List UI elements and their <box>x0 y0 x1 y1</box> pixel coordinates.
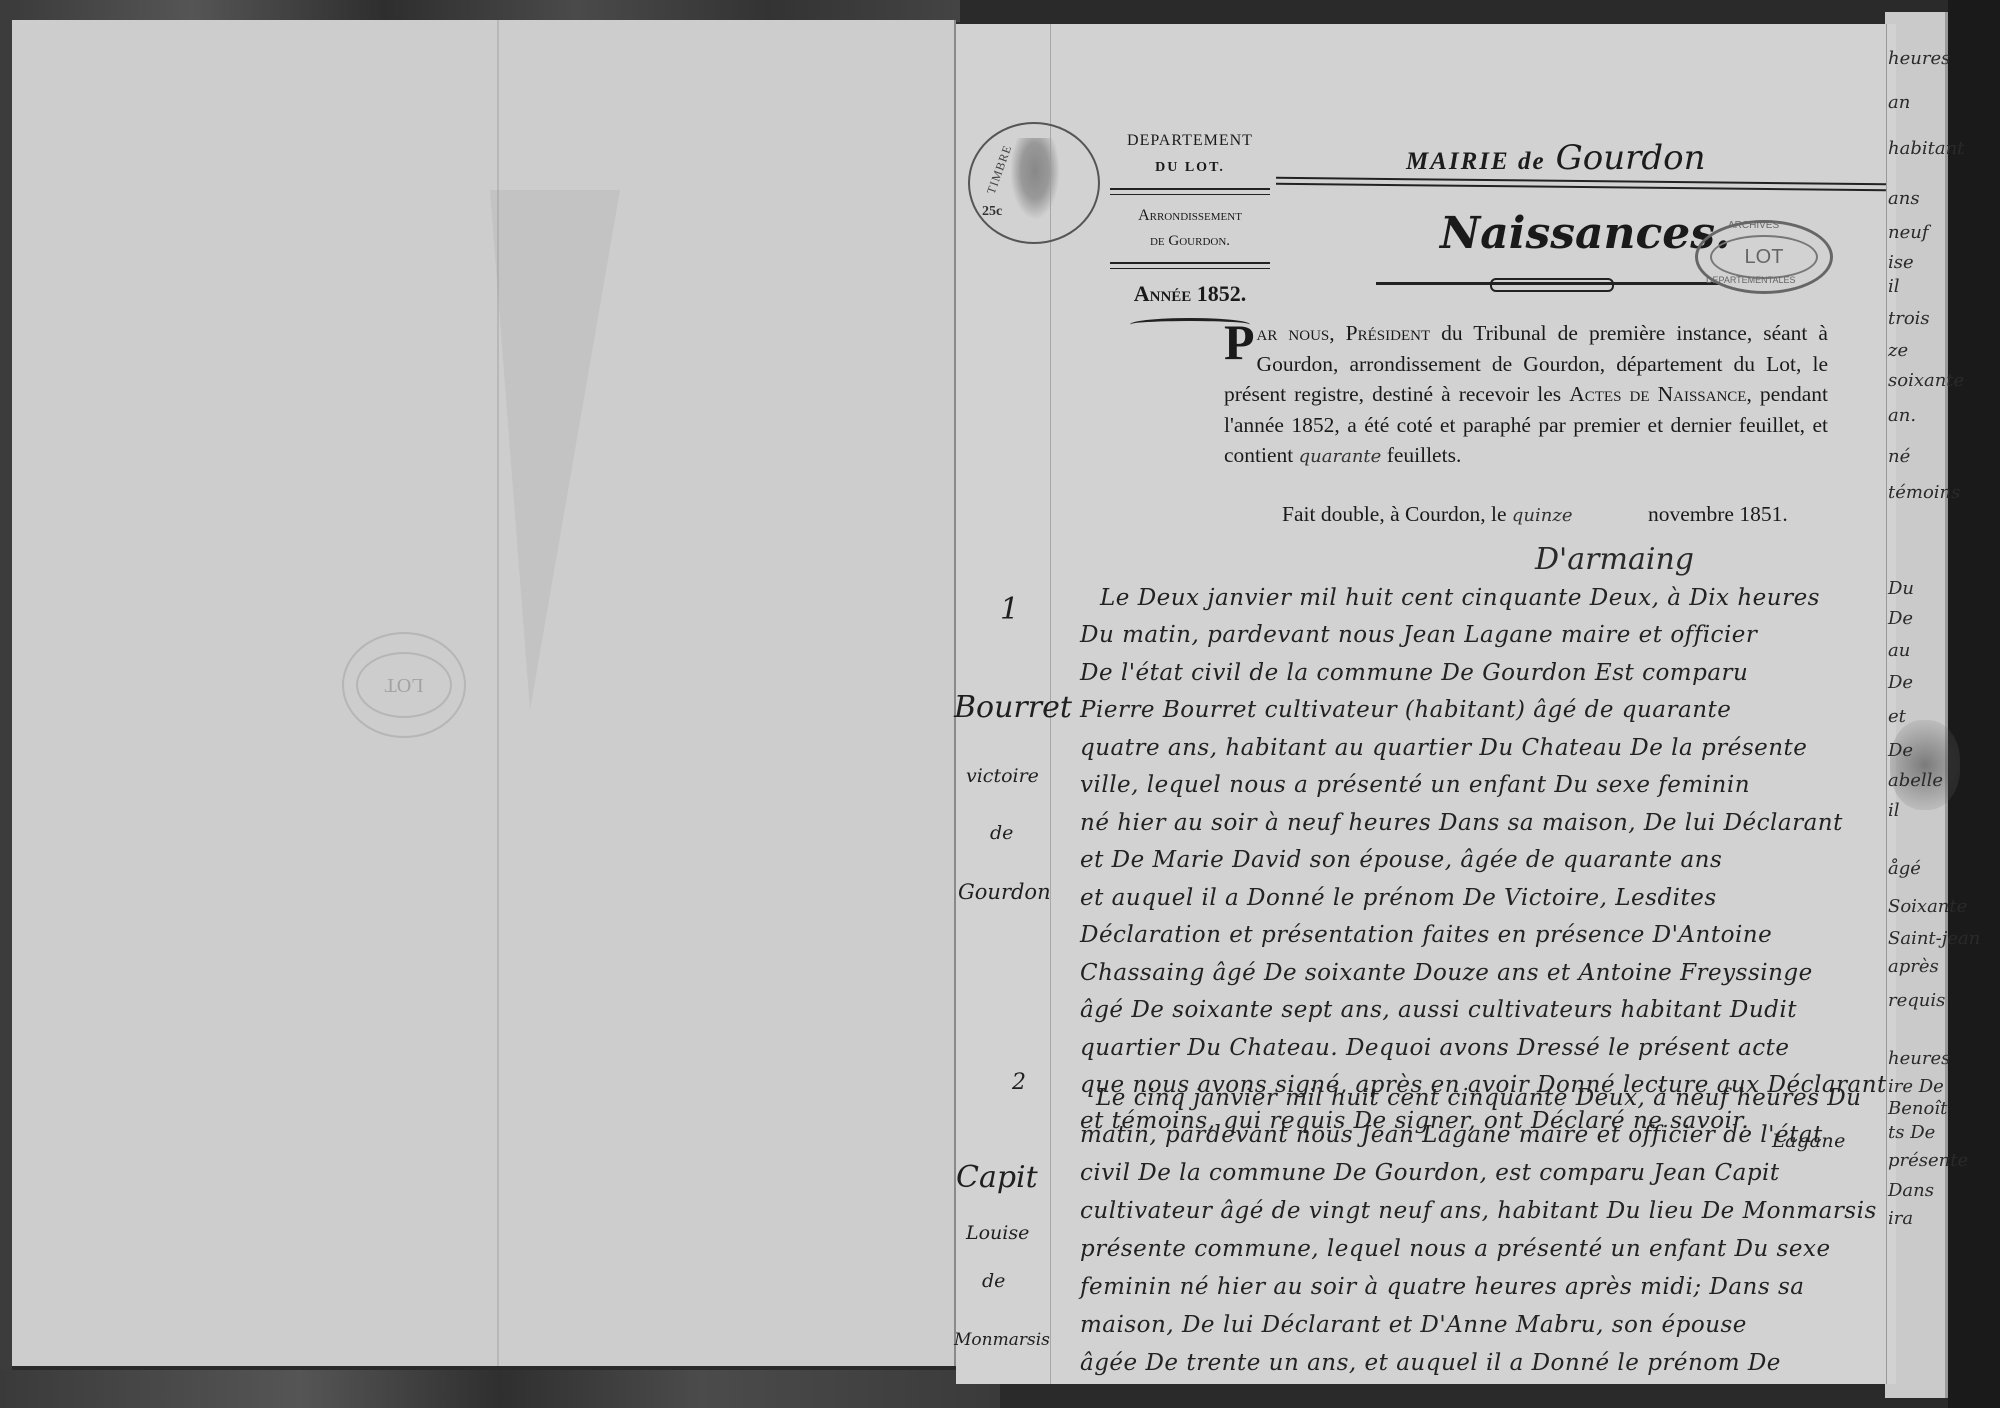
mairie-label: MAIRIE de <box>1406 148 1546 175</box>
entry-line: De l'état civil de la commune De Gourdon… <box>1080 660 1748 686</box>
underlying-page-fragment: De <box>1888 740 1913 761</box>
left-blank-page: LOT <box>12 20 956 1366</box>
entry-line: ville, lequel nous a présenté un enfant … <box>1080 772 1750 798</box>
entry-line: et De Marie David son épouse, âgée de qu… <box>1080 847 1722 873</box>
margin-surname: Capit <box>956 1160 1038 1195</box>
underlying-page-fragment: requis <box>1888 990 1945 1011</box>
entry-line: civil De la commune De Gourdon, est comp… <box>1080 1160 1780 1186</box>
register-title: Naissances. <box>1440 208 1730 259</box>
underlying-page-fragment: ågé <box>1888 858 1921 879</box>
faint-stamp-text: LOT <box>356 652 452 718</box>
underlying-page-fragment: De <box>1888 608 1913 629</box>
underlying-page-fragment: et <box>1888 706 1906 727</box>
underlying-page-fragment: Dans <box>1888 1180 1934 1201</box>
underlying-page-fragment: De <box>1888 672 1913 693</box>
underlying-page-fragment: ans <box>1888 188 1920 209</box>
underlying-page-fragment: abelle <box>1888 770 1943 791</box>
entry-line: matin, pardevant nous Jean Lagane maire … <box>1080 1122 1823 1148</box>
entry-number: 2 <box>1012 1070 1026 1095</box>
underlying-page-fragment: au <box>1888 640 1910 661</box>
entry-line: Du matin, pardevant nous Jean Lagane mai… <box>1080 622 1757 648</box>
entry-line: présente commune, lequel nous a présenté… <box>1080 1236 1831 1262</box>
underlying-page-fragment: témoins <box>1888 482 1960 503</box>
stamp-top-text: ARCHIVES <box>1728 220 1779 231</box>
underlying-page-fragment: ise <box>1888 252 1914 273</box>
faint-archive-stamp-icon: LOT <box>342 632 466 738</box>
margin-de: de <box>990 822 1013 844</box>
underlying-page-fragment: habitant <box>1888 138 1964 159</box>
president-label: Président <box>1346 321 1430 345</box>
entry-line: Le cinq janvier mil huit cent cinquante … <box>1096 1085 1861 1111</box>
entry-line: Chassaing âgé De soixante Douze ans et A… <box>1080 960 1813 986</box>
underlying-page-fragment: Du <box>1888 578 1914 599</box>
arrondissement-name: de Gourdon. <box>1106 233 1274 250</box>
underlying-page-fragment: soixante <box>1888 370 1964 391</box>
department-label: DEPARTEMENT <box>1106 132 1274 150</box>
margin-place: Gourdon <box>958 880 1051 904</box>
entry-line: quatre ans, habitant au quartier Du Chat… <box>1080 735 1807 761</box>
margin-surname: Bourret <box>954 690 1072 725</box>
underlying-page-fragment: trois <box>1888 308 1930 329</box>
underlying-page-fragment: an. <box>1888 405 1916 426</box>
preamble-text: feuillets. <box>1381 443 1461 467</box>
underlying-page-fragment: après <box>1888 956 1939 977</box>
archives-departementales-stamp-icon: ARCHIVES LOT DEPARTEMENTALES <box>1695 220 1833 294</box>
header-divider <box>1110 262 1270 269</box>
entry-line: âgé De soixante sept ans, aussi cultivat… <box>1080 997 1797 1023</box>
underlying-page-fragment: heures <box>1888 48 1950 69</box>
margin-place: Monmarsis <box>954 1330 1050 1350</box>
entry-line: quartier Du Chateau. Dequoi avons Dressé… <box>1080 1035 1789 1061</box>
underlying-page-fragment: ts De <box>1888 1122 1935 1143</box>
timbre-price: 25c <box>982 204 1002 220</box>
margin-given-name: victoire <box>966 765 1039 787</box>
entry-line: feminin né hier au soir à quatre heures … <box>1080 1274 1805 1300</box>
entry-line: maison, De lui Déclarant et D'Anne Mabru… <box>1080 1312 1747 1338</box>
underlying-page-fragment: présente <box>1888 1150 1968 1171</box>
stamp-bottom-text: DEPARTEMENTALES <box>1706 275 1796 285</box>
margin-de: de <box>982 1270 1005 1292</box>
arrondissement-label: Arrondissement <box>1106 207 1274 225</box>
book-cover-bottom-edge <box>0 1370 1000 1408</box>
margin-given-name: Louise <box>966 1222 1029 1244</box>
register-preamble: Par nous, Président du Tribunal de premi… <box>1224 318 1828 473</box>
year-label: Année 1852. <box>1106 281 1274 307</box>
entry-line: Le Deux janvier mil huit cent cinquante … <box>1100 585 1820 611</box>
underlying-page-fragment: Saint-jean <box>1888 928 1980 949</box>
stamp-center-text: LOT <box>1710 235 1818 279</box>
president-signature: D'armaing <box>1535 542 1694 577</box>
preamble-text: ar nous, <box>1257 321 1346 345</box>
closing-place: Fait double, à Courdon, le quinze <box>1282 502 1573 527</box>
entry-number: 1 <box>1000 592 1019 627</box>
underlying-page-fragment: il <box>1888 276 1900 297</box>
underlying-page-fragment: neuf <box>1888 222 1929 243</box>
department-name: DU LOT. <box>1106 160 1274 176</box>
header-divider <box>1110 188 1270 195</box>
underlying-page-fragment: né <box>1888 446 1910 467</box>
underlying-page-fragment: il <box>1888 800 1900 821</box>
underlying-page-fragment: ze <box>1888 340 1908 361</box>
mairie-heading: MAIRIE deGourdon <box>1406 138 1705 178</box>
timbre-stamp-icon: TIMBRE 25c <box>968 122 1100 244</box>
entry-line: âgée De trente un ans, et auquel il a Do… <box>1080 1350 1781 1376</box>
actes-label: Actes de Naissance <box>1569 382 1746 406</box>
closing-date: novembre 1851. <box>1648 502 1788 527</box>
entry-line: cultivateur âgé de vingt neuf ans, habit… <box>1080 1198 1877 1224</box>
paper-shadow <box>490 190 620 710</box>
closing-day-handwritten: quinze <box>1512 505 1573 526</box>
department-header: DEPARTEMENT DU LOT. Arrondissement de Go… <box>1106 132 1274 307</box>
drop-cap: P <box>1224 320 1255 364</box>
underlying-page-fragment: heures <box>1888 1048 1950 1069</box>
scan-dark-edge <box>1948 0 2000 1408</box>
underlying-page-fragment: Soixante <box>1888 896 1967 917</box>
book-cover-top-edge <box>0 0 960 22</box>
leaf-count-handwritten: quarante <box>1299 446 1382 467</box>
underlying-page-fragment: an <box>1888 92 1910 113</box>
mairie-town-handwritten: Gourdon <box>1556 138 1706 178</box>
book-cover-left-edge <box>0 0 12 1408</box>
seated-justice-figure-icon <box>1010 138 1060 220</box>
entry-line: né hier au soir à neuf heures Dans sa ma… <box>1080 810 1843 836</box>
underlying-page-fragment: Benoît <box>1888 1098 1947 1119</box>
title-ornament <box>1490 278 1614 292</box>
closing-text: Fait double, à Courdon, le <box>1282 502 1507 526</box>
underlying-page-fragment: ira <box>1888 1208 1913 1229</box>
underlying-page-fragment: ire De <box>1888 1076 1944 1097</box>
right-page-fold <box>1886 24 1887 1384</box>
water-stain <box>1890 720 1960 810</box>
entry-line: Déclaration et présentation faites en pr… <box>1080 922 1772 948</box>
entry-line: et auquel il a Donné le prénom De Victoi… <box>1080 885 1717 911</box>
entry-line: Pierre Bourret cultivateur (habitant) âg… <box>1080 697 1731 723</box>
